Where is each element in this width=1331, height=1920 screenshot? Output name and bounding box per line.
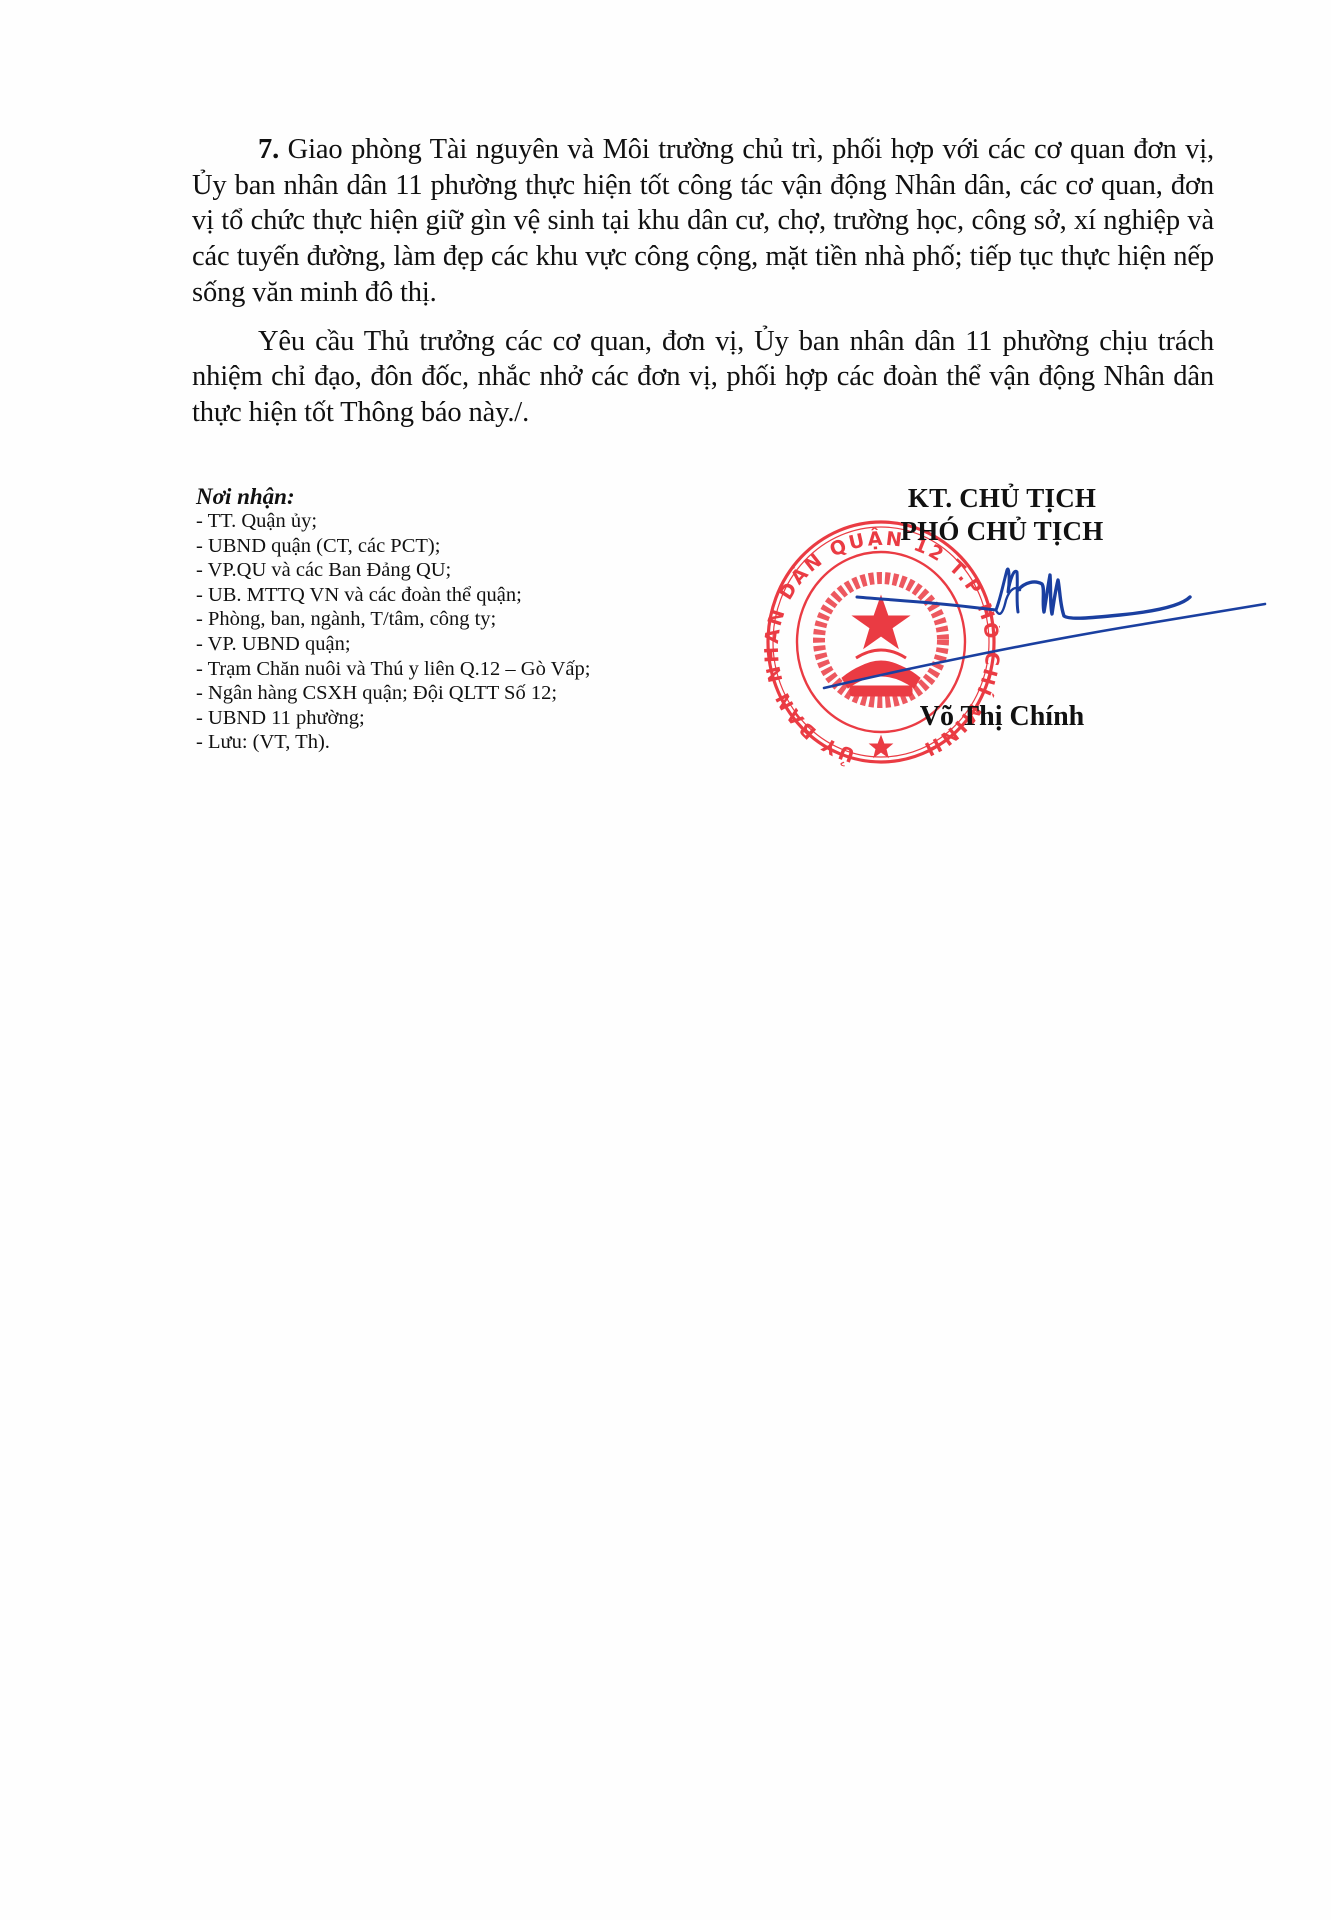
- body-text: 7. Giao phòng Tài nguyên và Môi trường c…: [192, 132, 1214, 431]
- paragraph-text: Yêu cầu Thủ trưởng các cơ quan, đơn vị, …: [192, 326, 1214, 428]
- recipient-item: - UBND quận (CT, các PCT);: [196, 534, 756, 559]
- recipient-item: - UB. MTTQ VN và các đoàn thể quận;: [196, 583, 756, 608]
- recipient-item: - VP. UBND quận;: [196, 632, 756, 657]
- recipient-item: - Trạm Chăn nuôi và Thú y liên Q.12 – Gò…: [196, 657, 756, 682]
- signature-title-line1: KT. CHỦ TỊCH: [860, 482, 1144, 515]
- recipients-list: - TT. Quận ủy; - UBND quận (CT, các PCT)…: [196, 509, 756, 755]
- recipient-item: - TT. Quận ủy;: [196, 509, 756, 534]
- paragraph-text: Giao phòng Tài nguyên và Môi trường chủ …: [192, 134, 1214, 308]
- recipient-item: - VP.QU và các Ban Đảng QU;: [196, 558, 756, 583]
- recipient-item: - UBND 11 phường;: [196, 706, 756, 731]
- paragraph-item-7: 7. Giao phòng Tài nguyên và Môi trường c…: [192, 132, 1214, 311]
- recipient-item: - Phòng, ban, ngành, T/tâm, công ty;: [196, 607, 756, 632]
- paragraph-request: Yêu cầu Thủ trưởng các cơ quan, đơn vị, …: [192, 324, 1214, 431]
- item-number: 7.: [258, 134, 279, 165]
- recipient-item: - Lưu: (VT, Th).: [196, 730, 756, 755]
- recipients-block: Nơi nhận: - TT. Quận ủy; - UBND quận (CT…: [196, 484, 756, 755]
- document-page: 7. Giao phòng Tài nguyên và Môi trường c…: [0, 0, 1331, 1920]
- recipients-title: Nơi nhận:: [196, 484, 756, 509]
- recipient-item: - Ngân hàng CSXH quận; Đội QLTT Số 12;: [196, 681, 756, 706]
- signature-block: KT. CHỦ TỊCH PHÓ CHỦ TỊCH: [860, 482, 1144, 548]
- signature-title-line2: PHÓ CHỦ TỊCH: [860, 515, 1144, 548]
- handwritten-signature-icon: [820, 560, 1280, 710]
